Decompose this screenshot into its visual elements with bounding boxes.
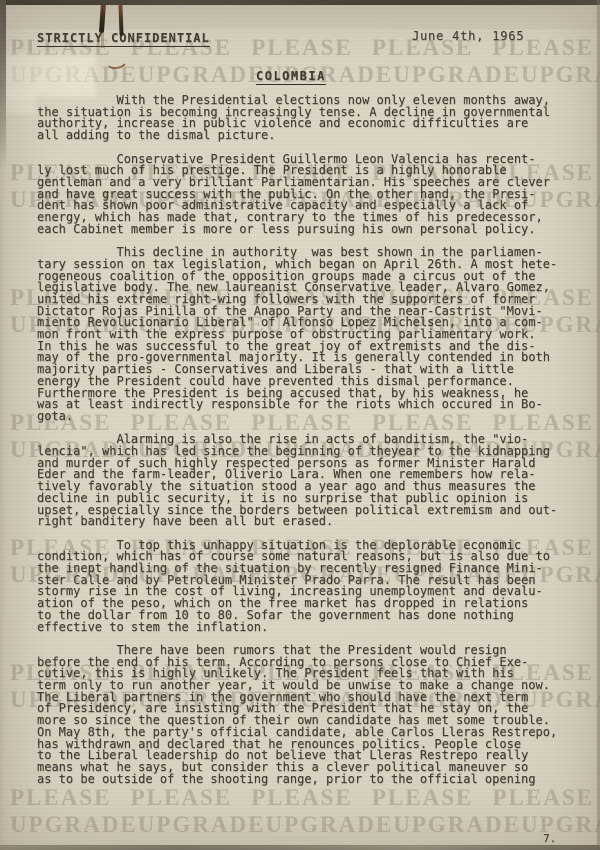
scan-edge-bottom (0, 845, 600, 850)
watermark-word: UPGRADE (521, 63, 600, 86)
watermark-word: UPGRADE (138, 63, 266, 86)
scan-edge-left (0, 0, 6, 170)
paragraph-1: With the Presidential elections now only… (37, 95, 582, 142)
watermark-word: UPGRADE (265, 813, 393, 836)
scan-shade-band (0, 5, 600, 29)
watermark-word: UPGRADE (138, 813, 266, 836)
paragraph-2: Conservative President Guillermo Leon Va… (37, 154, 582, 236)
paragraph-5: To top this unhappy situation is the dep… (37, 540, 582, 634)
scan-edge-top (0, 0, 600, 5)
watermark-word: UPGRADE (10, 813, 138, 836)
document-title: COLOMBIA (256, 69, 326, 85)
date-label: June 4th, 1965 (412, 29, 524, 43)
page-number: 7. (543, 832, 556, 845)
document-body: With the Presidential elections now only… (37, 95, 582, 797)
watermark-row: UPGRADEUPGRADEUPGRADEUPGRADEUPGRADE (0, 813, 600, 836)
pen-mark-smudge-icon (103, 48, 129, 70)
pen-mark-drip-icon (101, 32, 104, 48)
paragraph-3: This decline in authority was best shown… (37, 247, 582, 423)
scanned-page: PLEASEPLEASEPLEASEPLEASEPLEASEUPGRADEUPG… (0, 0, 600, 850)
watermark-word: UPGRADE (393, 813, 521, 836)
paragraph-6: There have been rumors that the Presiden… (37, 645, 582, 785)
paragraph-4: Alarming is also the rise in acts of ban… (37, 434, 582, 528)
watermark-word: UPGRADE (521, 813, 600, 836)
watermark-word: PLEASE (251, 36, 352, 59)
classification-label: STRICTLY CONFIDENTIAL (37, 31, 210, 47)
watermark-word: UPGRADE (393, 63, 521, 86)
